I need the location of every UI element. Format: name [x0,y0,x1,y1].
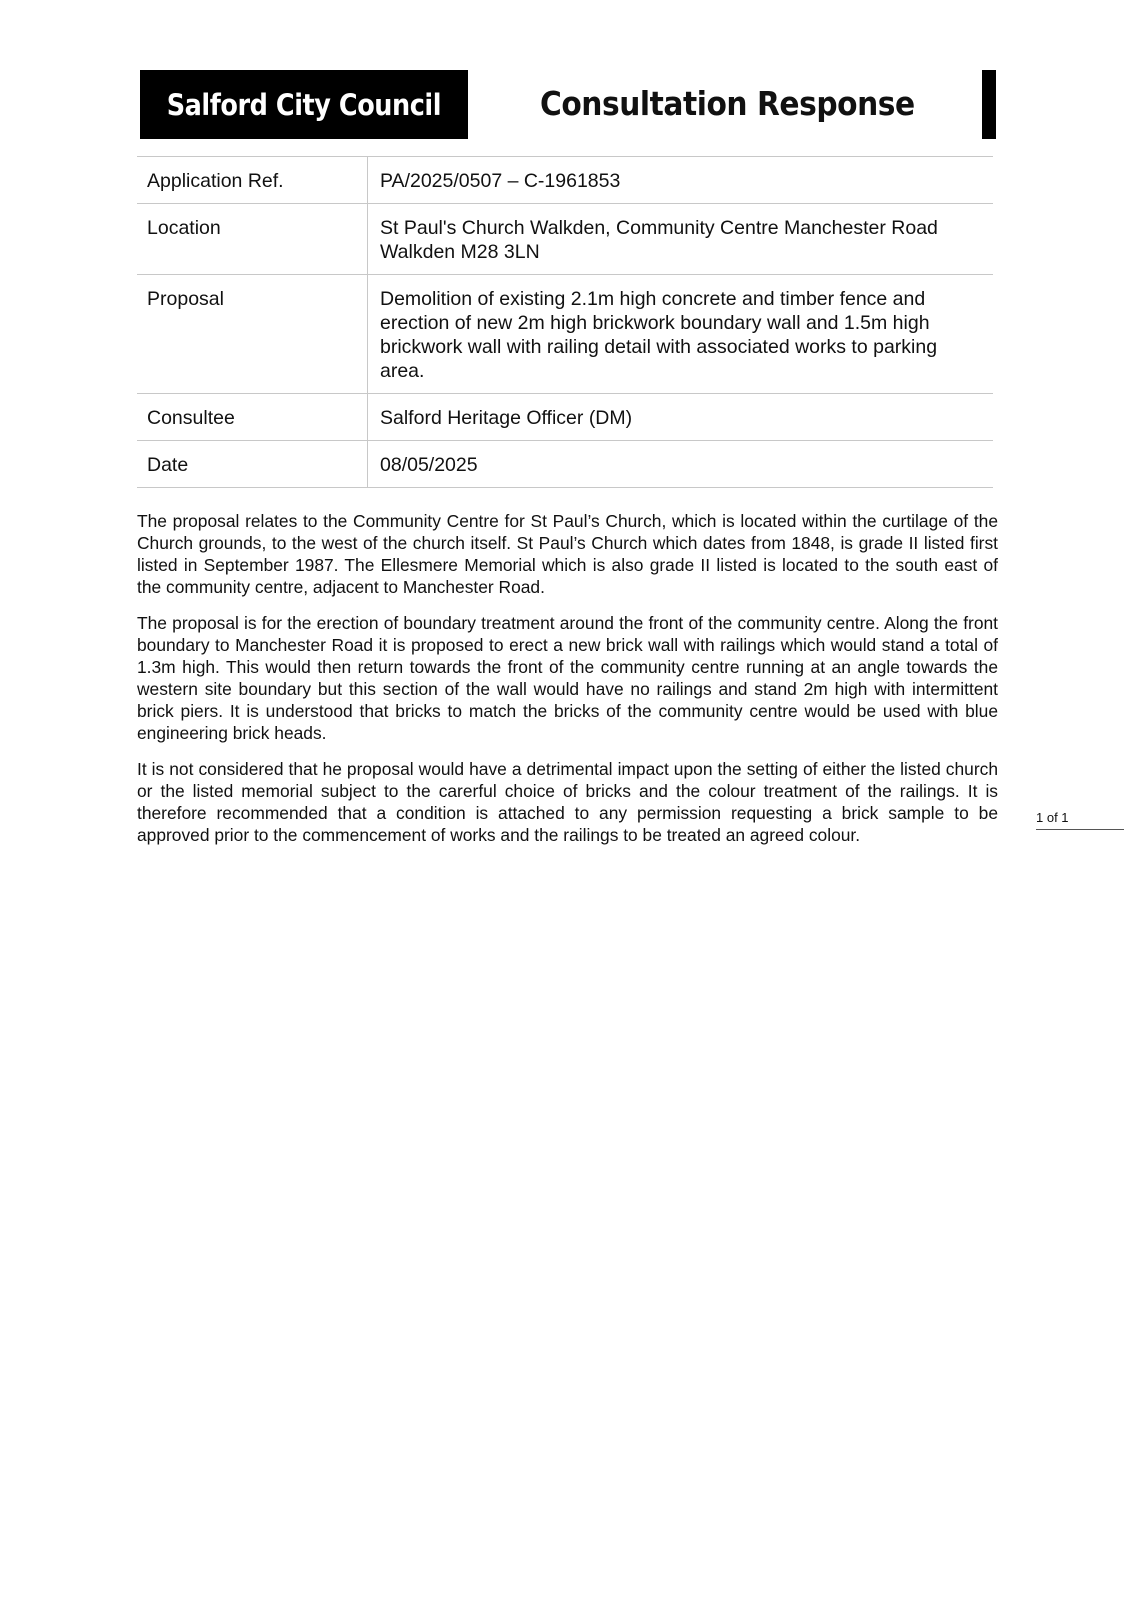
table-row: Location St Paul's Church Walkden, Commu… [137,204,993,275]
paragraph: It is not considered that he proposal wo… [137,758,998,846]
table-row: Consultee Salford Heritage Officer (DM) [137,394,993,441]
row-label: Consultee [137,394,368,441]
document-title: Consultation Response [540,84,915,123]
proposal-value: Demolition of existing 2.1m high concret… [368,275,994,394]
application-ref-value: PA/2025/0507 – C-1961853 [368,157,994,204]
row-label: Date [137,441,368,488]
row-label: Proposal [137,275,368,394]
row-label: Location [137,204,368,275]
page-indicator-rule [1036,829,1124,830]
header-accent-bar [982,70,996,139]
location-value: St Paul's Church Walkden, Community Cent… [368,204,994,275]
paragraph: The proposal is for the erection of boun… [137,612,998,744]
table-row: Date 08/05/2025 [137,441,993,488]
consultee-value: Salford Heritage Officer (DM) [368,394,994,441]
page-indicator: 1 of 1 [1036,810,1069,825]
response-body: The proposal relates to the Community Ce… [137,510,998,860]
council-logo: Salford City Council [140,70,468,139]
row-label: Application Ref. [137,157,368,204]
organisation-name: Salford City Council [167,88,441,122]
table-row: Application Ref. PA/2025/0507 – C-196185… [137,157,993,204]
paragraph: The proposal relates to the Community Ce… [137,510,998,598]
application-details-table: Application Ref. PA/2025/0507 – C-196185… [137,156,993,488]
table-row: Proposal Demolition of existing 2.1m hig… [137,275,993,394]
date-value: 08/05/2025 [368,441,994,488]
